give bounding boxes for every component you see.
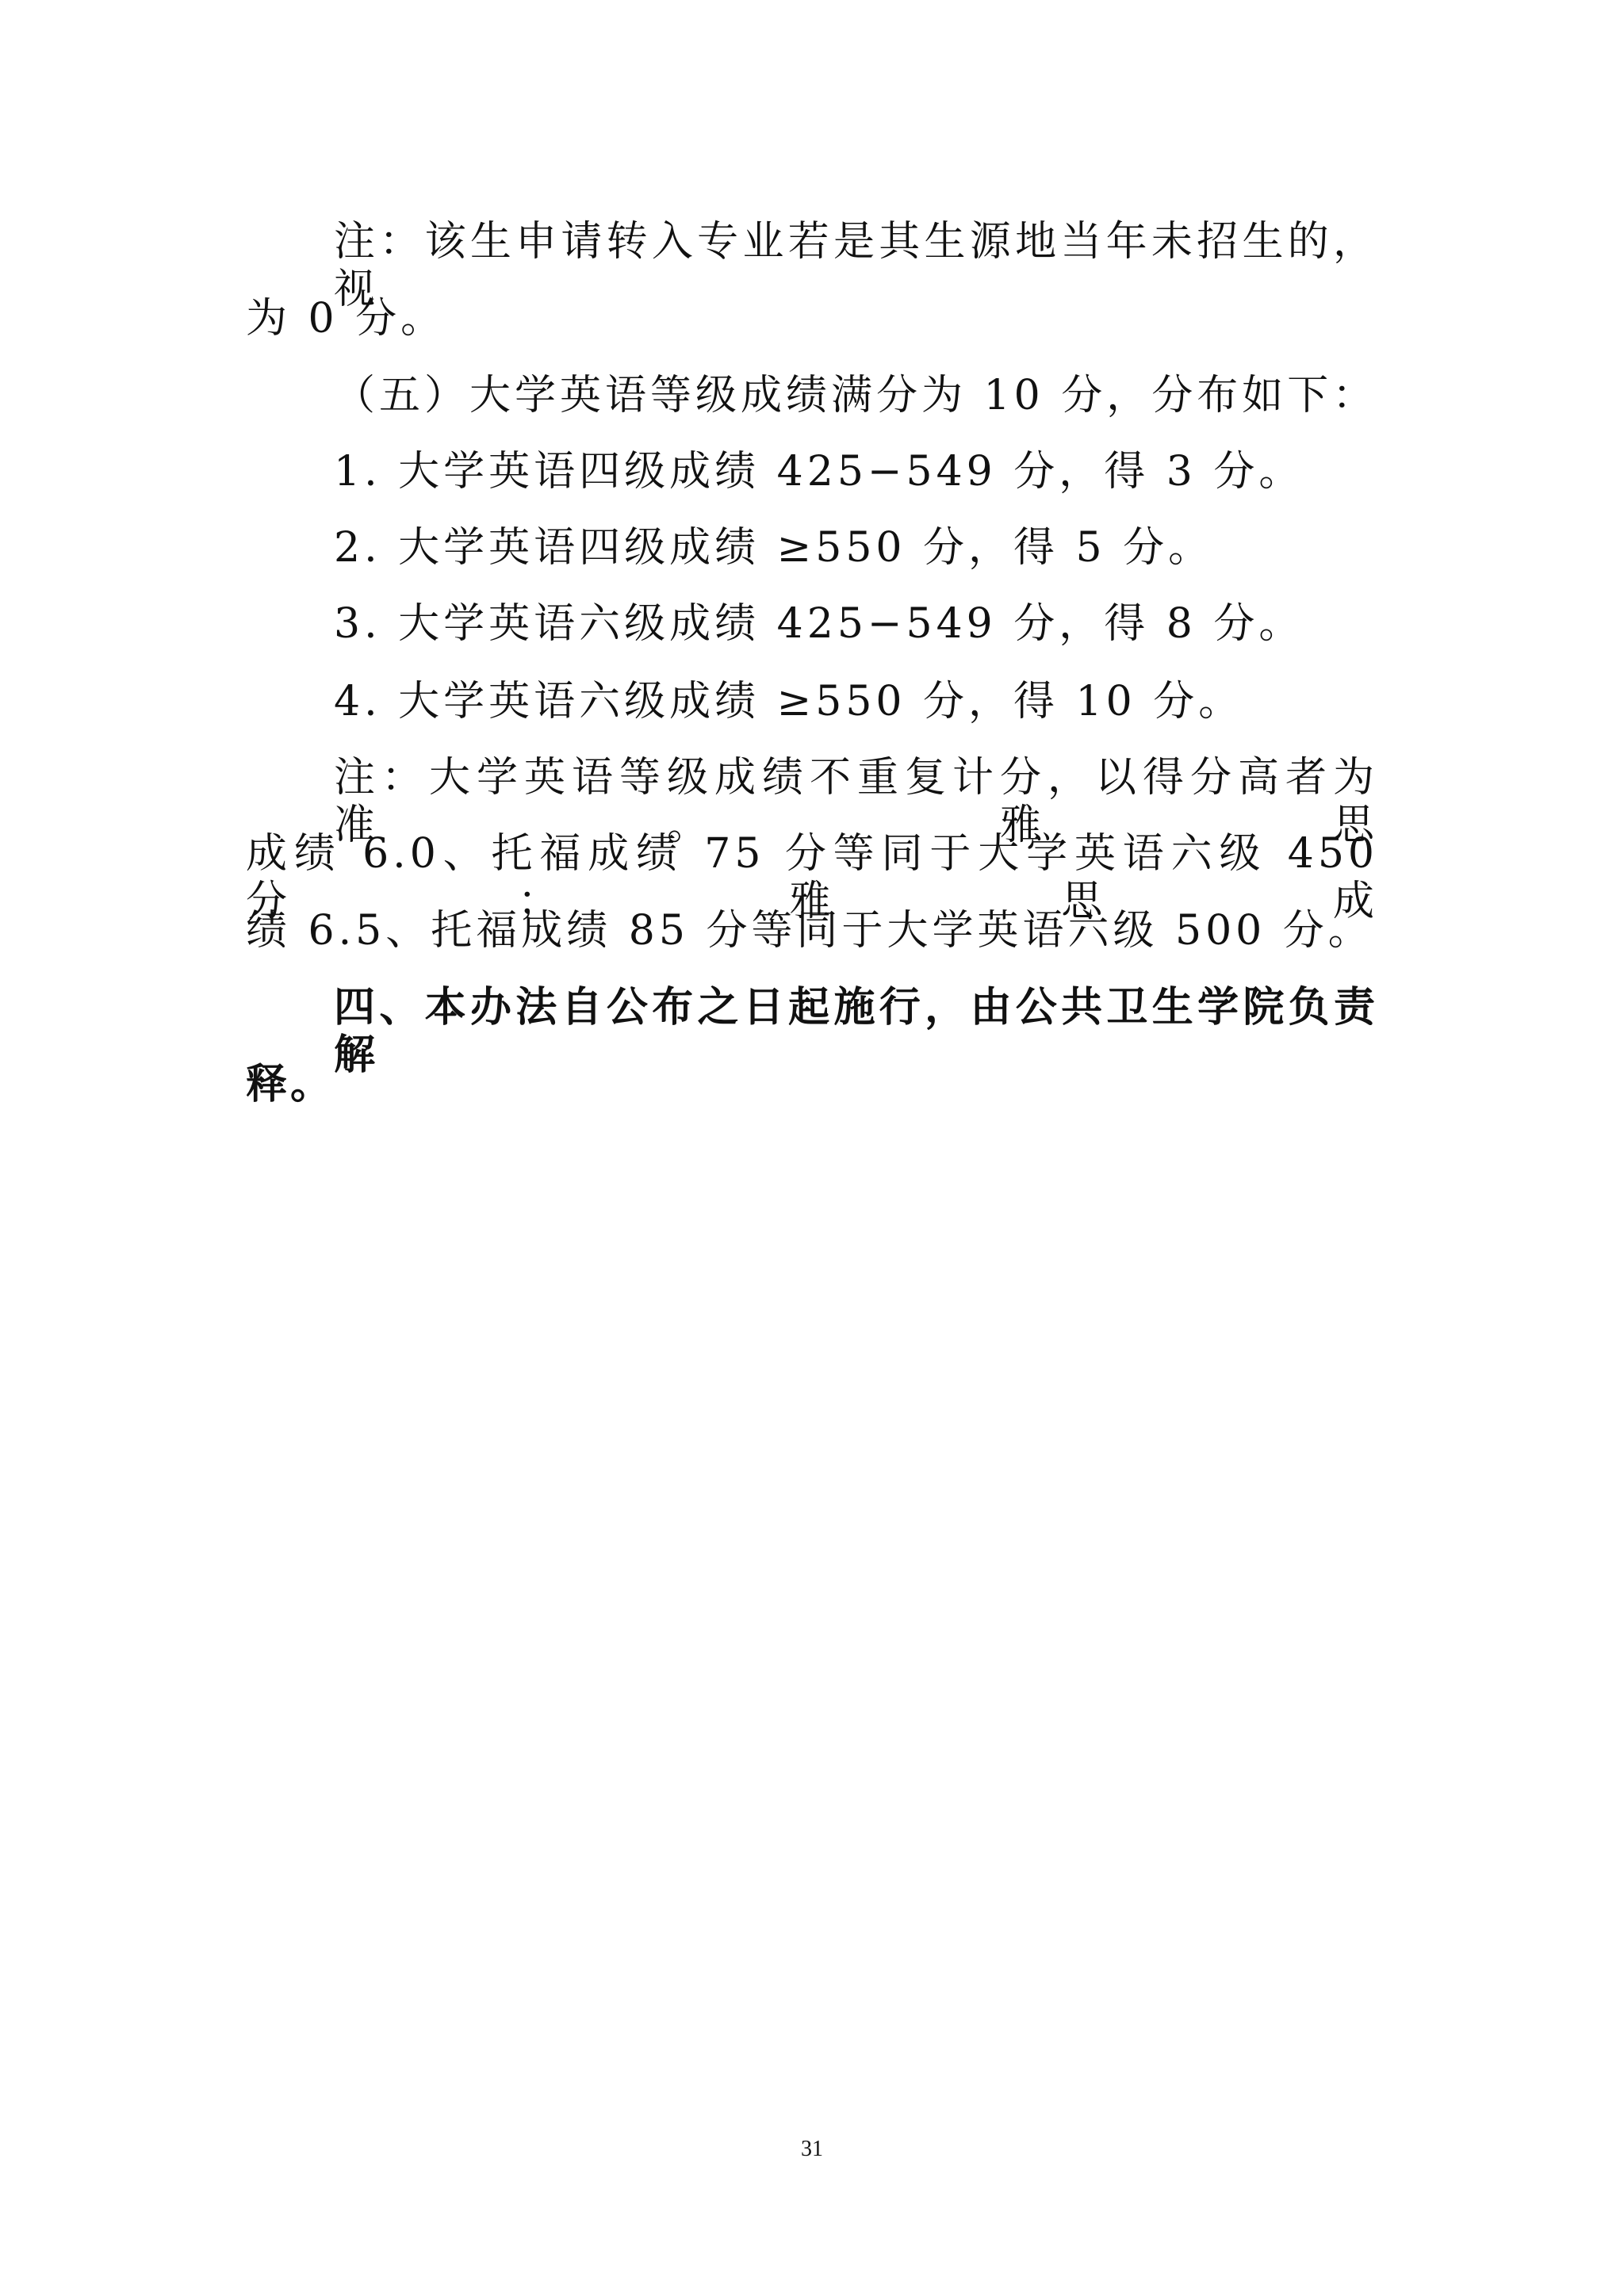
page-number: 31 — [0, 2137, 1624, 2162]
text-line: 释。 — [246, 1061, 1378, 1108]
list-item-cet4-550: 2. 大学英语四级成绩 ≥550 分，得 5 分。 — [334, 524, 1378, 572]
text-line: 为 0 分。 — [246, 295, 1378, 342]
list-item-cet4-425: 1. 大学英语四级成绩 425−549 分，得 3 分。 — [334, 448, 1378, 496]
list-item-cet6-550: 4. 大学英语六级成绩 ≥550 分，得 10 分。 — [334, 678, 1378, 725]
text-line: 绩 6.5、托福成绩 85 分等同于大学英语六级 500 分。 — [246, 907, 1378, 955]
list-item-cet6-425: 3. 大学英语六级成绩 425−549 分，得 8 分。 — [334, 600, 1378, 648]
section-heading-english: （五）大学英语等级成绩满分为 10 分，分布如下： — [334, 372, 1378, 419]
